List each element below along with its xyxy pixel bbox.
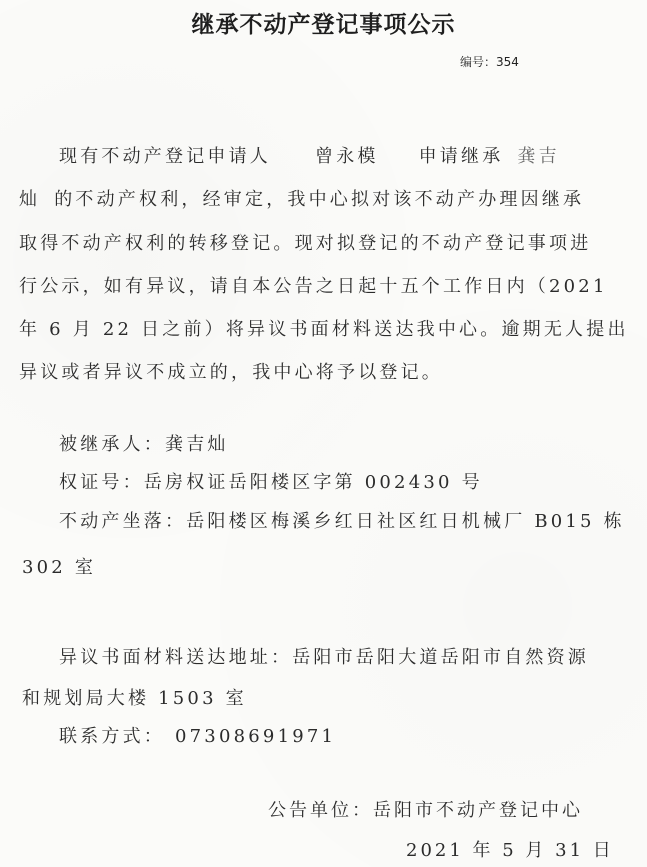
body-line-6: 异议或者异议不成立的，我中心将予以登记。 — [19, 358, 443, 384]
address-row: 异议书面材料送达地址：岳阳市岳阳大道岳阳市自然资源 — [59, 643, 589, 669]
issuer-value: 岳阳市不动产登记中心 — [373, 800, 583, 821]
page-title: 继承不动产登记事项公示 — [0, 6, 647, 39]
document-number: 编号：354 — [460, 53, 519, 70]
body-line-3: 取得不动产权利的转移登记。现对拟登记的不动产登记事项进 — [19, 229, 591, 255]
decedent-label: 被继承人： — [59, 434, 165, 455]
applicant-prefix: 现有不动产登记申请人 — [59, 146, 271, 167]
location-value: 岳阳楼区梅溪乡红日社区红日机械厂 B015 栋 — [186, 511, 625, 532]
issuer-label: 公告单位： — [268, 800, 373, 821]
contact-label: 联系方式： — [59, 726, 165, 747]
location-row: 不动产坐落：岳阳楼区梅溪乡红日社区红日机械厂 B015 栋 — [59, 507, 625, 533]
contact-value: 07308691971 — [175, 726, 336, 747]
address-row-cont: 和规划局大楼 1503 室 — [22, 684, 247, 710]
body-line-2: 灿的不动产权利，经审定，我中心拟对该不动产办理因继承 — [19, 185, 584, 211]
applicant-name: 曾永模 — [315, 146, 379, 167]
decedent-value: 龚吉灿 — [165, 434, 229, 455]
address-value: 岳阳市岳阳大道岳阳市自然资源 — [292, 647, 589, 668]
certificate-label: 权证号： — [59, 472, 144, 493]
address-label: 异议书面材料送达地址： — [59, 647, 292, 668]
issue-date: 2021 年 5 月 31 日 — [406, 836, 614, 862]
document-number-label: 编号： — [460, 55, 496, 69]
inherit-text: 申请继承 — [419, 146, 504, 167]
contact-row: 联系方式：07308691971 — [59, 722, 336, 748]
decedent-name-part1: 龚吉 — [517, 146, 559, 167]
document-page: 继承不动产登记事项公示 编号：354 现有不动产登记申请人曾永模申请继承龚吉 灿… — [0, 0, 647, 867]
location-label: 不动产坐落： — [59, 511, 186, 532]
body-line-4: 行公示，如有异议，请自本公告之日起十五个工作日内（2021 — [19, 272, 608, 298]
body-line-2-text: 的不动产权利，经审定，我中心拟对该不动产办理因继承 — [54, 189, 584, 210]
certificate-row: 权证号：岳房权证岳阳楼区字第 002430 号 — [59, 468, 483, 494]
location-row-cont: 302 室 — [22, 553, 96, 579]
issuer-row: 公告单位：岳阳市不动产登记中心 — [268, 796, 583, 822]
certificate-value: 岳房权证岳阳楼区字第 002430 号 — [144, 472, 483, 493]
body-line-1: 现有不动产登记申请人曾永模申请继承龚吉 — [59, 142, 560, 168]
body-line-5: 年 6 月 22 日之前）将异议书面材料送达我中心。逾期无人提出 — [19, 315, 629, 341]
document-number-value: 354 — [496, 55, 519, 69]
decedent-row: 被继承人：龚吉灿 — [59, 430, 229, 456]
decedent-name-part2: 灿 — [19, 189, 40, 210]
